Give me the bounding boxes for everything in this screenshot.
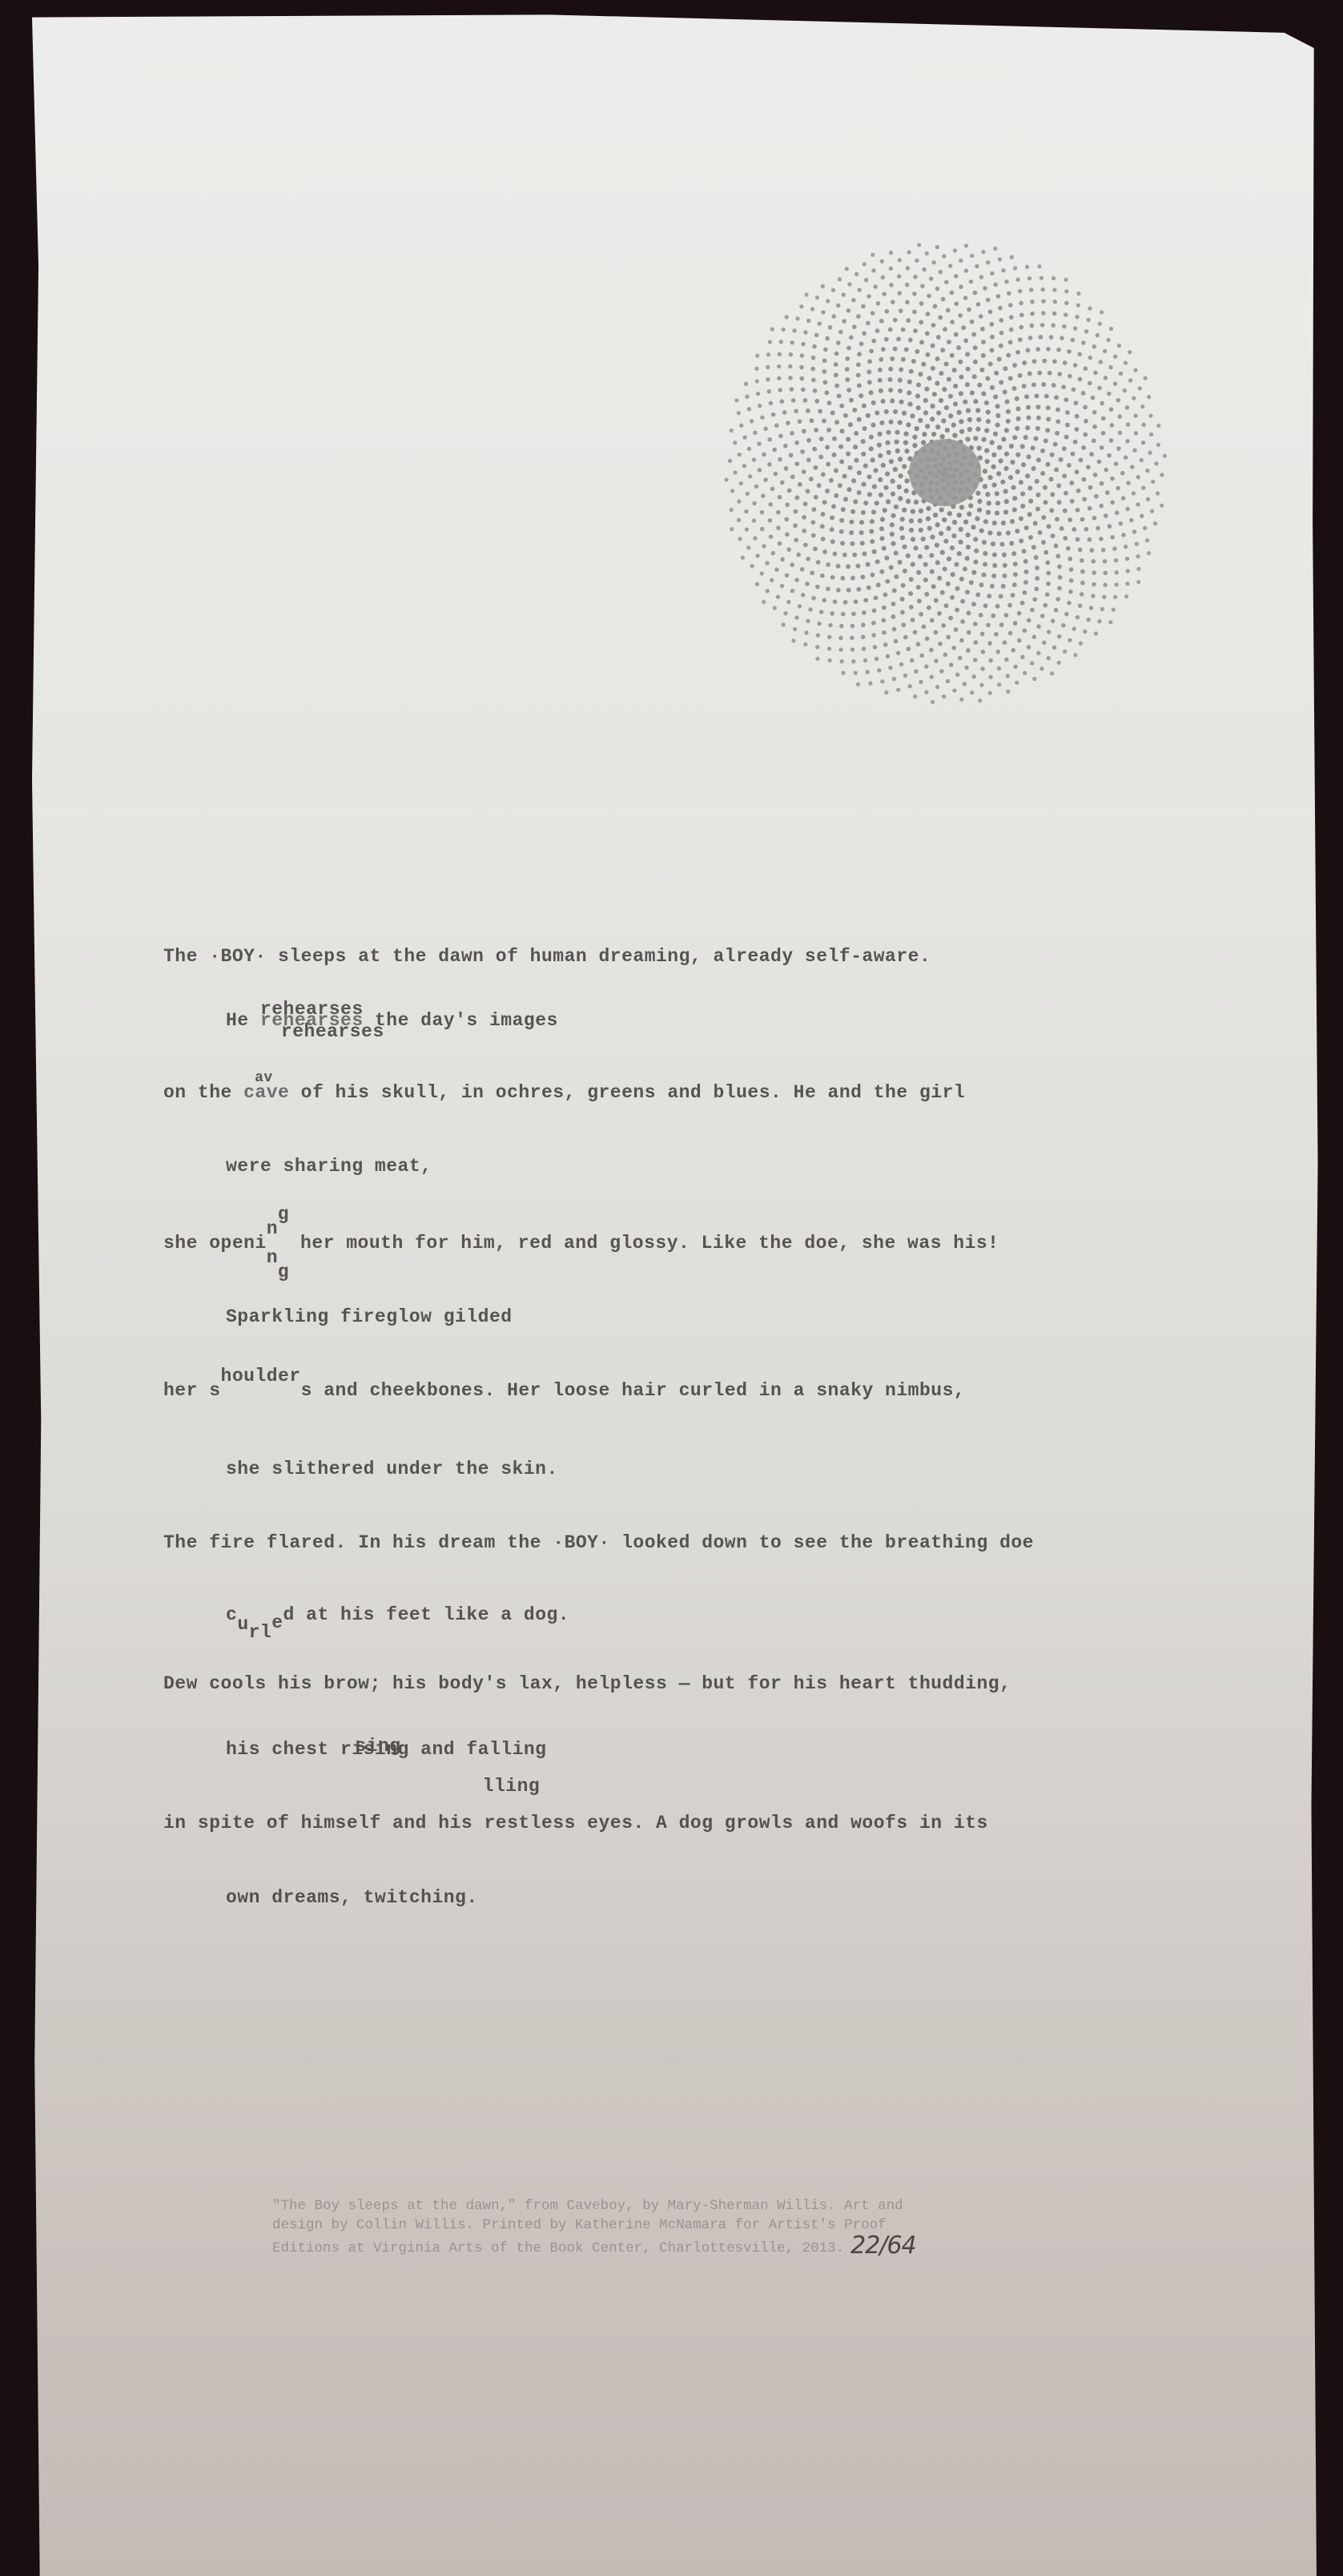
colophon-line-3: Editions at Virginia Arts of the Book Ce… [272,2235,1121,2258]
colophon-line-1: "The Boy sleeps at the dawn," from Caveb… [272,2196,1121,2216]
poem-line-2: He rehearsesrehearsesrehearses the day's… [226,1009,558,1032]
rehearses-stack: rehearsesrehearsesrehearses [260,1009,364,1032]
opening-stack: ngng​ [267,1232,289,1254]
poem-line-11: Dew cools his brow; his body's lax, help… [163,1672,1011,1695]
poem-line-13: in spite of himself and his restless eye… [163,1812,988,1834]
poem-line-7: her shoulders and cheekbones. Her loose … [163,1379,965,1402]
cave-overprint: avcave [243,1081,289,1104]
poem-line-14: own dreams, twitching. [226,1886,478,1909]
poem-line-1: The ·BOY· sleeps at the dawn of human dr… [163,945,931,968]
edition-number: 22/64 [850,2232,915,2260]
poem-line-12: his chest rsingising and fllingalling [226,1738,546,1761]
poem-line-10: curled at his feet like a dog. [226,1604,569,1626]
dot-burst-graphic [705,224,1185,737]
colophon-line-2: design by Collin Willis. Printed by Kath… [272,2216,1121,2235]
poem-line-6: Sparkling fireglow gilded [226,1306,513,1328]
colophon: "The Boy sleeps at the dawn," from Caveb… [272,2196,1121,2258]
poem-line-4: were sharing meat, [226,1155,432,1177]
poem-line-3: on the avcave of his skull, in ochres, g… [163,1081,965,1104]
poem-line-9: The fire flared. In his dream the ·BOY· … [163,1532,1034,1554]
poem-line-5: she openingng​ her mouth for him, red an… [163,1232,999,1254]
poem-line-8: she slithered under the skin. [226,1458,558,1480]
